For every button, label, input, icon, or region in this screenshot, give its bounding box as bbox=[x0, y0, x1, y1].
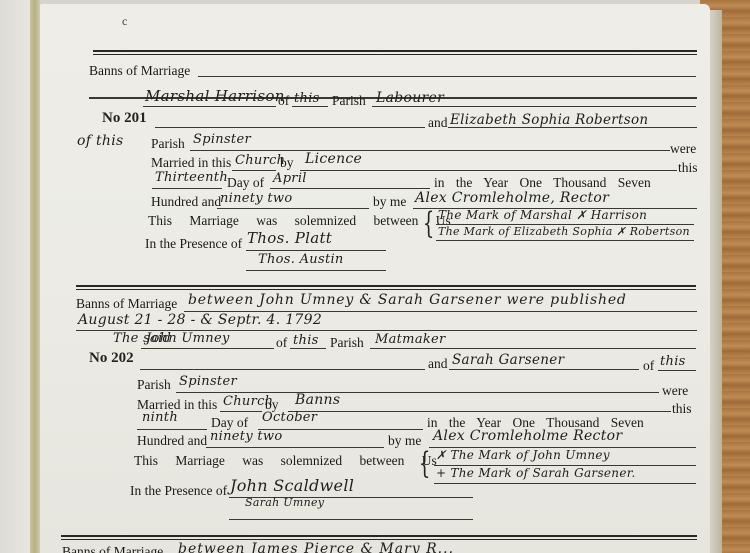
entry-line bbox=[140, 369, 425, 370]
section-rule bbox=[76, 289, 696, 290]
of-label: of bbox=[276, 335, 287, 351]
section-rule bbox=[76, 285, 696, 287]
groom-line bbox=[143, 106, 276, 107]
solemnized-label: This Marriage was solemnized between Us bbox=[134, 453, 437, 469]
place-line bbox=[232, 170, 276, 171]
section-rule bbox=[93, 54, 697, 55]
year-suffix: ninety two bbox=[210, 429, 282, 444]
presence-label: In the Presence of bbox=[130, 483, 227, 499]
year-prefix-label: in the Year One Thousand Seven bbox=[434, 175, 651, 191]
place-line bbox=[220, 411, 262, 412]
status-line bbox=[176, 392, 659, 393]
officiant-signature: Alex Cromleholme Rector bbox=[433, 428, 622, 444]
section-rule bbox=[93, 50, 697, 52]
witness-1: John Scaldwell bbox=[230, 476, 354, 495]
parish-label: Parish bbox=[151, 136, 185, 152]
marriage-method: Licence bbox=[305, 151, 362, 167]
entry-number: No 202 bbox=[89, 350, 134, 367]
groom-occupation: Matmaker bbox=[375, 332, 446, 347]
entry-line bbox=[155, 127, 425, 128]
banns-dates: August 21 - 28 - & Septr. 4. 1792 bbox=[78, 312, 322, 328]
signature-1: The Mark of Marshal ✗ Harrison bbox=[438, 208, 647, 222]
signature-1: ✗ The Mark of John Umney bbox=[436, 448, 610, 462]
marriage-month: April bbox=[273, 171, 307, 186]
month-line bbox=[258, 429, 423, 430]
witness-1: Thos. Platt bbox=[247, 229, 332, 247]
parish-label: Parish bbox=[330, 335, 364, 351]
method-line bbox=[300, 170, 677, 171]
by-me-label: by me bbox=[373, 194, 406, 210]
presence-label: In the Presence of bbox=[145, 236, 242, 252]
banns-text: between James Pierce & Mary R... bbox=[178, 541, 454, 553]
hundred-and-label: Hundred and bbox=[151, 194, 221, 210]
year-suffix: ninety two bbox=[220, 191, 292, 206]
status-line bbox=[190, 150, 670, 151]
groom-name: Marshal Harrison bbox=[145, 87, 285, 105]
marriage-method: Banns bbox=[295, 392, 340, 408]
marriage-place: Church bbox=[235, 153, 285, 168]
corner-mark: c bbox=[122, 14, 127, 29]
groom-parish-line bbox=[290, 348, 326, 349]
witness-2: Thos. Austin bbox=[258, 252, 344, 267]
groom-occupation: Labourer bbox=[376, 90, 444, 106]
signature-2: The Mark of Elizabeth Sophia ✗ Robertson bbox=[438, 225, 690, 238]
bride-line bbox=[449, 369, 639, 370]
day-line bbox=[152, 188, 222, 189]
signature-2-line bbox=[436, 240, 694, 241]
of-label: of bbox=[278, 93, 289, 109]
bride-of-label: of bbox=[643, 358, 654, 374]
were-label: were bbox=[670, 141, 696, 157]
groom-parish: this bbox=[293, 333, 319, 348]
day-line bbox=[137, 429, 207, 430]
witness-2: Sarah Umney bbox=[245, 496, 324, 509]
bride-status: Spinster bbox=[193, 132, 251, 147]
groom-name: John Umney bbox=[146, 331, 230, 346]
occupation-line bbox=[370, 348, 696, 349]
by-me-label: by me bbox=[388, 433, 421, 449]
entry-number: No 201 bbox=[102, 110, 147, 127]
witness-2-line bbox=[229, 519, 473, 520]
day-of-label: Day of bbox=[227, 175, 264, 191]
method-line bbox=[288, 411, 671, 412]
banns-line bbox=[198, 76, 696, 77]
bride-name: Elizabeth Sophia Robertson bbox=[450, 112, 648, 128]
bride-line bbox=[448, 127, 697, 128]
year-line bbox=[217, 208, 369, 209]
this-label: this bbox=[672, 401, 692, 417]
hundred-and-label: Hundred and bbox=[137, 433, 207, 449]
marriage-month: October bbox=[262, 410, 317, 425]
officiant-signature: Alex Cromleholme, Rector bbox=[415, 190, 609, 206]
section-rule bbox=[61, 535, 697, 537]
banns-label: Banns of Marriage bbox=[62, 544, 163, 553]
banns-label: Banns of Marriage bbox=[89, 63, 190, 79]
occupation-line bbox=[372, 106, 696, 107]
signature-2: + The Mark of Sarah Garsener. bbox=[436, 466, 636, 480]
parish-label: Parish bbox=[332, 93, 366, 109]
solemnized-label: This Marriage was solemnized between Us bbox=[148, 213, 451, 229]
and-label: and bbox=[428, 115, 448, 131]
were-label: were bbox=[662, 383, 688, 399]
marriage-day: Thirteenth bbox=[155, 170, 228, 185]
brace-glyph: { bbox=[419, 449, 430, 479]
witness-1-line bbox=[246, 250, 386, 251]
married-in-label: Married in this bbox=[151, 155, 231, 171]
section-rule bbox=[61, 539, 697, 540]
year-line bbox=[206, 447, 384, 448]
marriage-day: ninth bbox=[142, 410, 178, 425]
and-label: and bbox=[428, 356, 448, 372]
by-label: by bbox=[280, 155, 294, 171]
bride-parish: this bbox=[660, 354, 686, 369]
bride-parish-line bbox=[658, 370, 696, 371]
parish-label-2: Parish bbox=[137, 377, 171, 393]
bride-status: Spinster bbox=[179, 374, 237, 389]
groom-line bbox=[141, 348, 274, 349]
this-label: this bbox=[678, 160, 698, 176]
groom-parish: this bbox=[294, 91, 320, 106]
bride-name: Sarah Garsener bbox=[452, 352, 564, 368]
brace-glyph: { bbox=[423, 209, 434, 239]
groom-parish-line bbox=[292, 106, 328, 107]
signature-2-line bbox=[434, 483, 696, 484]
banns-text: between John Umney & Sarah Garsener were… bbox=[188, 292, 627, 308]
banns-label: Banns of Marriage bbox=[76, 296, 177, 312]
month-line bbox=[270, 188, 430, 189]
witness-2-line bbox=[246, 270, 386, 271]
bride-parish-prefix: of this bbox=[77, 133, 123, 149]
